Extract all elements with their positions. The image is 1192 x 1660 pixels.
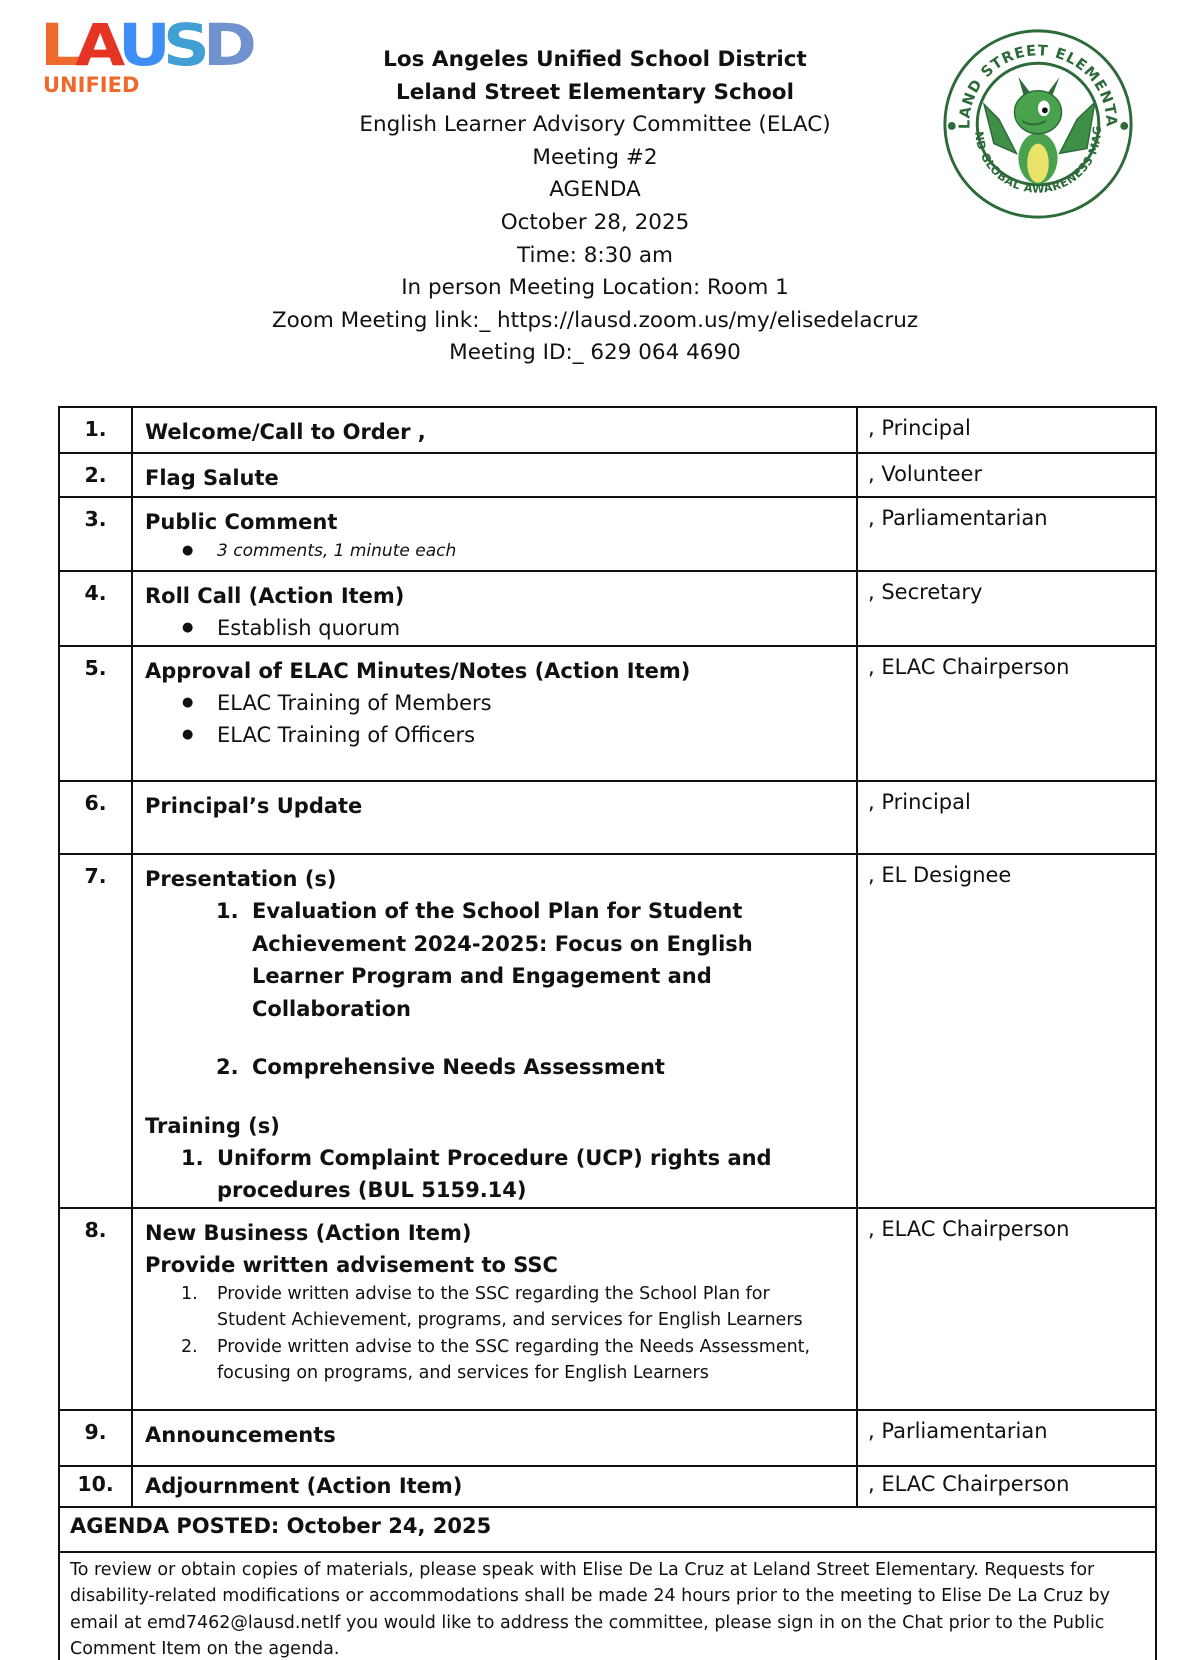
item-number: 8. [59, 1208, 132, 1410]
presentation-item: 1.Evaluation of the School Plan for Stud… [145, 895, 844, 1025]
item-presenter: , EL Designee [857, 854, 1156, 1208]
meeting-date: October 28, 2025 [240, 207, 950, 240]
item-presenter: , Volunteer [857, 453, 1156, 497]
logo-letter-u: U [118, 16, 169, 74]
item-bullets: Establish quorum [145, 612, 844, 644]
new-business-list: 1.Provide written advise to the SSC rega… [145, 1281, 844, 1387]
item-number: 2. [59, 453, 132, 497]
training-list: 1.Uniform Complaint Procedure (UCP) righ… [145, 1142, 844, 1207]
bullet-item: ELAC Training of Officers [145, 719, 844, 751]
item-title: Public Comment [145, 506, 844, 538]
agenda-row-2: 2. Flag Salute , Volunteer [59, 453, 1156, 497]
bullet-item: ELAC Training of Members [145, 687, 844, 719]
district-name: Los Angeles Unified School District [240, 44, 950, 77]
agenda-row-6: 6. Principal’s Update , Principal [59, 781, 1156, 854]
item-number: 9. [59, 1410, 132, 1466]
item-presenter: , Parliamentarian [857, 1410, 1156, 1466]
logo-letter-l: L [40, 16, 79, 74]
item-bullets: ELAC Training of Members ELAC Training o… [145, 687, 844, 751]
item-number: 10. [59, 1466, 132, 1507]
agenda-posted-date: AGENDA POSTED: October 24, 2025 [59, 1507, 1156, 1552]
item-subtitle: Provide written advisement to SSC [145, 1249, 844, 1281]
meeting-time: Time: 8:30 am [240, 240, 950, 273]
item-title: Approval of ELAC Minutes/Notes (Action I… [145, 655, 844, 687]
zoom-link[interactable]: Zoom Meeting link:_ https://lausd.zoom.u… [240, 305, 950, 338]
new-business-item: 1.Provide written advise to the SSC rega… [145, 1281, 844, 1334]
agenda-row-5: 5. Approval of ELAC Minutes/Notes (Actio… [59, 646, 1156, 781]
item-title: Principal’s Update [145, 790, 844, 822]
logo-letter-s: S [163, 16, 208, 74]
footer-row: To review or obtain copies of materials,… [59, 1552, 1156, 1660]
training-item: 1.Uniform Complaint Procedure (UCP) righ… [145, 1142, 844, 1207]
item-presenter: , ELAC Chairperson [857, 1208, 1156, 1410]
agenda-row-4: 4. Roll Call (Action Item) Establish quo… [59, 571, 1156, 646]
agenda-row-1: 1. Welcome/Call to Order , , Principal [59, 407, 1156, 453]
item-title: Presentation (s) [145, 863, 844, 895]
agenda-row-10: 10. Adjournment (Action Item) , ELAC Cha… [59, 1466, 1156, 1507]
agenda-row-3: 3. Public Comment 3 comments, 1 minute e… [59, 497, 1156, 571]
meeting-number: Meeting #2 [240, 142, 950, 175]
school-seal-dragon-icon: LELAND STREET ELEMENTARY LELAND GLOBAL A… [940, 26, 1136, 222]
item-bullets: 3 comments, 1 minute each [145, 538, 844, 564]
footer-notice: To review or obtain copies of materials,… [59, 1552, 1156, 1660]
item-presenter: , ELAC Chairperson [857, 1466, 1156, 1507]
agenda-posted-row: AGENDA POSTED: October 24, 2025 [59, 1507, 1156, 1552]
item-title: New Business (Action Item) [145, 1217, 844, 1249]
item-presenter: , Principal [857, 407, 1156, 453]
item-number: 4. [59, 571, 132, 646]
agenda-row-8: 8. New Business (Action Item) Provide wr… [59, 1208, 1156, 1410]
item-title: Roll Call (Action Item) [145, 580, 844, 612]
item-number: 5. [59, 646, 132, 781]
bullet-item: Establish quorum [145, 612, 844, 644]
presentation-list: 1.Evaluation of the School Plan for Stud… [145, 895, 844, 1084]
logo-letter-a: A [75, 16, 123, 74]
item-number: 1. [59, 407, 132, 453]
item-presenter: , Principal [857, 781, 1156, 854]
new-business-item: 2.Provide written advise to the SSC rega… [145, 1334, 844, 1387]
item-title: Announcements [145, 1419, 844, 1451]
meeting-location: In person Meeting Location: Room 1 [240, 272, 950, 305]
item-presenter: , ELAC Chairperson [857, 646, 1156, 781]
agenda-row-9: 9. Announcements , Parliamentarian [59, 1410, 1156, 1466]
committee-name: English Learner Advisory Committee (ELAC… [240, 109, 950, 142]
logo-unified: UNIFIED [43, 74, 139, 96]
lausd-wordmark: LAUSD [40, 16, 249, 74]
item-number: 7. [59, 854, 132, 1208]
item-presenter: , Parliamentarian [857, 497, 1156, 571]
agenda-row-7: 7. Presentation (s) 1.Evaluation of the … [59, 854, 1156, 1208]
item-title: Welcome/Call to Order , [145, 416, 844, 448]
item-presenter: , Secretary [857, 571, 1156, 646]
document-header: Los Angeles Unified School District Lela… [240, 44, 950, 370]
item-number: 6. [59, 781, 132, 854]
item-title: Adjournment (Action Item) [145, 1470, 844, 1502]
document-type: AGENDA [240, 174, 950, 207]
item-number: 3. [59, 497, 132, 571]
agenda-table: 1. Welcome/Call to Order , , Principal 2… [58, 406, 1157, 1660]
meeting-id: Meeting ID:_ 629 064 4690 [240, 337, 950, 370]
item-title: Flag Salute [145, 462, 844, 494]
presentation-item: 2.Comprehensive Needs Assessment [145, 1051, 844, 1084]
training-title: Training (s) [145, 1110, 844, 1142]
bullet-item: 3 comments, 1 minute each [145, 538, 844, 564]
school-name: Leland Street Elementary School [240, 77, 950, 110]
